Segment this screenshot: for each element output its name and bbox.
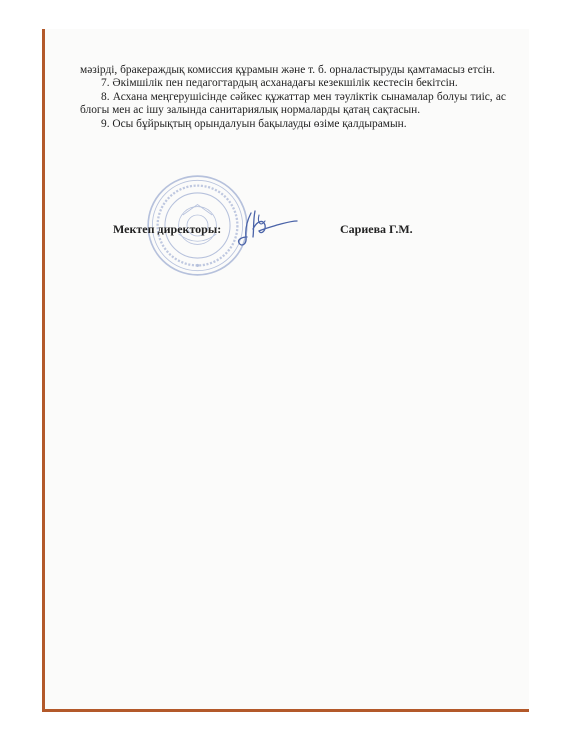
signature-icon: [237, 207, 299, 249]
paragraph-6-continuation: мәзірді, бракераждық комиссия құрамын жә…: [80, 64, 506, 77]
paragraph-7: 7. Әкімшілік пен педагогтардың асханадағ…: [80, 77, 506, 90]
scanned-page: [42, 29, 529, 712]
signatory-title: Мектеп директоры:: [113, 222, 221, 237]
paragraph-9: 9. Осы бұйрықтың орындалуын бақылауды өз…: [80, 118, 506, 131]
document-body: мәзірді, бракераждық комиссия құрамын жә…: [80, 64, 506, 131]
paragraph-8: 8. Асхана меңгерушісінде сәйкес құжаттар…: [80, 91, 506, 118]
signatory-name: Сариева Г.М.: [340, 222, 413, 237]
